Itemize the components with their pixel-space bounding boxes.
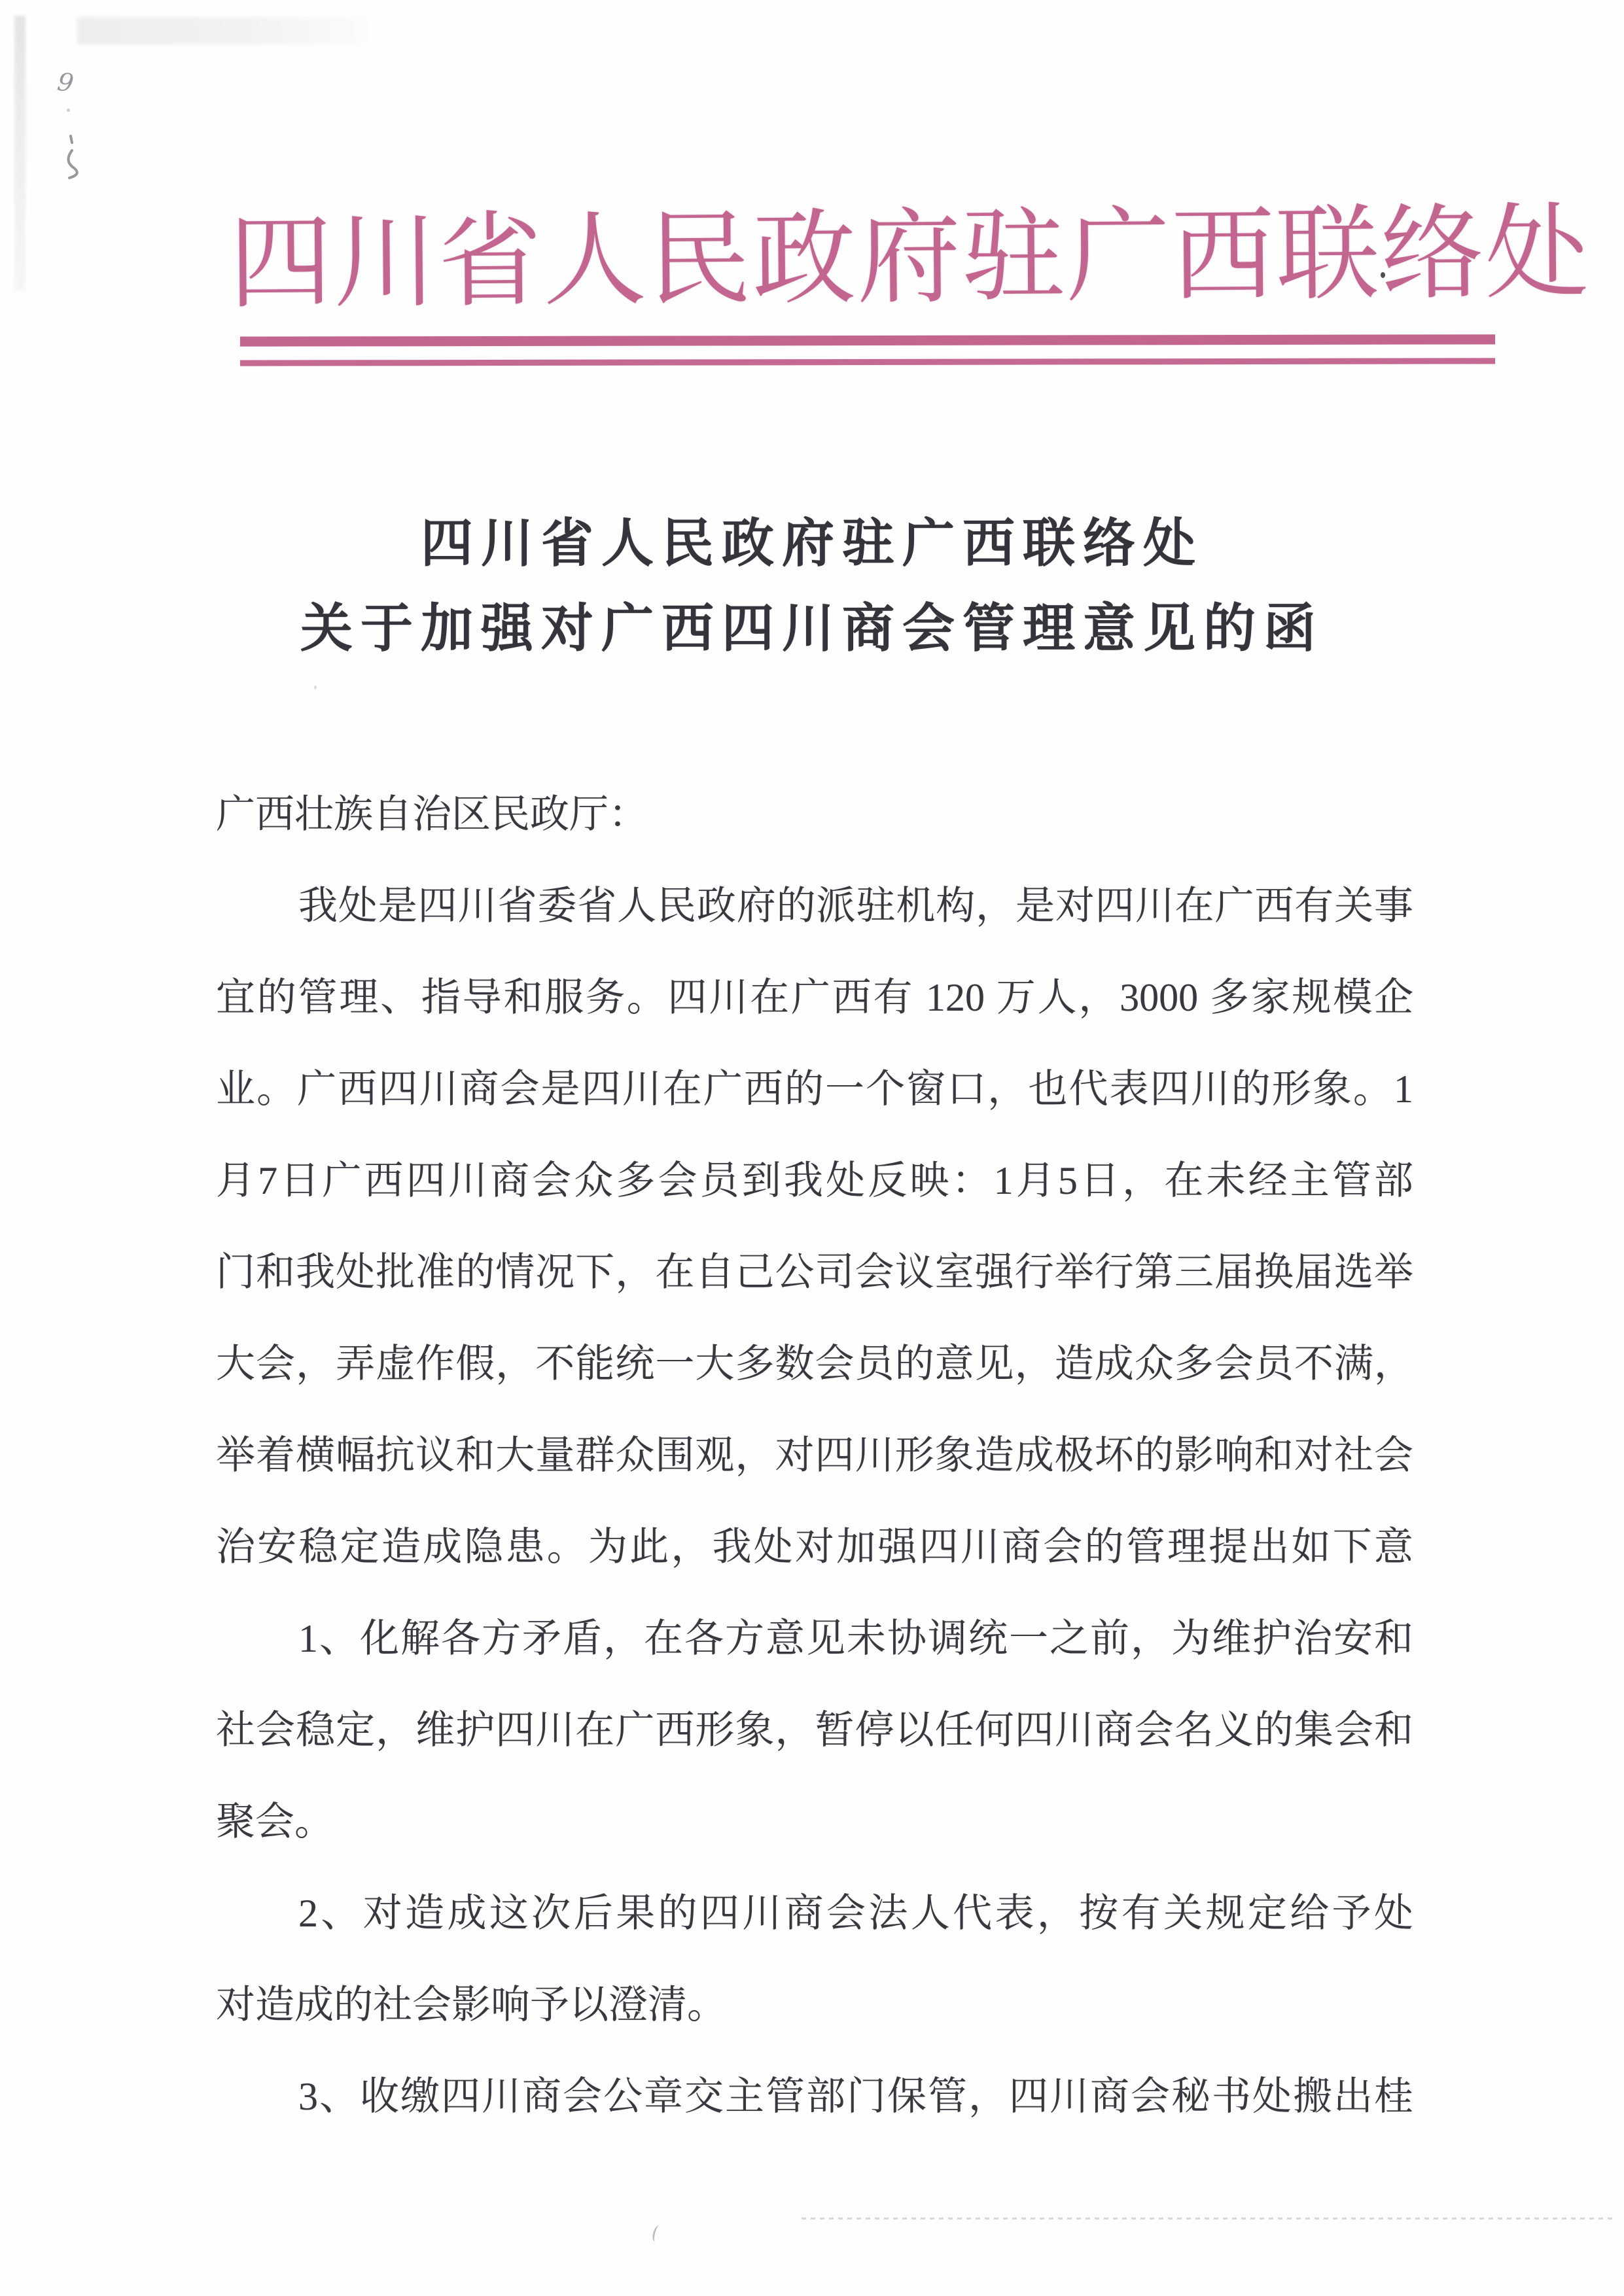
- body-line: 门和我处批准的情况下，在自己公司会议室强行举行第三届换届选举: [216, 1226, 1413, 1318]
- body-line: 社会稳定，维护四川在广西形象，暂停以任何四川商会名义的集会和: [216, 1684, 1413, 1776]
- scanner-streak-left: [14, 16, 26, 290]
- scanner-dotted-line: [802, 2218, 1613, 2219]
- body-line: 业。广西四川商会是四川在广西的一个窗口，也代表四川的形象。1: [216, 1043, 1413, 1135]
- body-line-item-2: 2、对造成这次后果的四川商会法人代表，按有关规定给予处罚，: [216, 1868, 1413, 1959]
- body-line-item-3: 3、收缴四川商会公章交主管部门保管，四川商会秘书处搬出桂: [216, 2051, 1413, 2142]
- scanned-letter-page: 四川省人民政府驻广西联络处 四川省人民政府驻广西联络处 关于加强对广西四川商会管…: [0, 0, 1624, 2296]
- letter-body: 广西壮族自治区民政厅： 我处是四川省委省人民政府的派驻机构，是对四川在广西有关事…: [216, 769, 1413, 2142]
- document-title-line-1: 四川省人民政府驻广西联络处: [0, 518, 1624, 570]
- pen-scribble-artifact: 9: [56, 67, 76, 97]
- tiny-mark-artifact: [651, 2225, 663, 2243]
- body-line: 我处是四川省委省人民政府的派驻机构，是对四川在广西有关事: [216, 860, 1413, 952]
- body-line: 治安稳定造成隐患。为此，我处对加强四川商会的管理提出如下意见：: [216, 1501, 1413, 1593]
- body-line: 月7日广西四川商会众多会员到我处反映：1月5日，在未经主管部: [216, 1135, 1413, 1226]
- letterhead-rule-thick: [240, 334, 1495, 346]
- pen-scribble-hook-artifact: [62, 135, 81, 181]
- document-title-line-2: 关于加强对广西四川商会管理意见的函: [0, 603, 1624, 655]
- dust-speck-artifact: [67, 109, 70, 112]
- salutation-line: 广西壮族自治区民政厅：: [216, 769, 1413, 860]
- body-line: 对造成的社会影响予以澄清。: [216, 1959, 1413, 2051]
- scanner-streak-top: [77, 17, 368, 44]
- body-line: 举着横幅抗议和大量群众围观，对四川形象造成极坏的影响和对社会: [216, 1410, 1413, 1501]
- body-line: 大会，弄虚作假，不能统一大多数会员的意见，造成众多会员不满，: [216, 1318, 1413, 1410]
- body-line-item-1: 1、化解各方矛盾，在各方意见未协调统一之前，为维护治安和: [216, 1593, 1413, 1684]
- body-line: 聚会。: [216, 1776, 1413, 1868]
- dust-speck-artifact: [314, 686, 317, 689]
- letterhead-title: 四川省人民政府驻广西联络处: [228, 203, 1492, 316]
- body-line: 宜的管理、指导和服务。四川在广西有 120 万人，3000 多家规模企: [216, 952, 1413, 1043]
- letterhead-rule-thin: [240, 358, 1495, 366]
